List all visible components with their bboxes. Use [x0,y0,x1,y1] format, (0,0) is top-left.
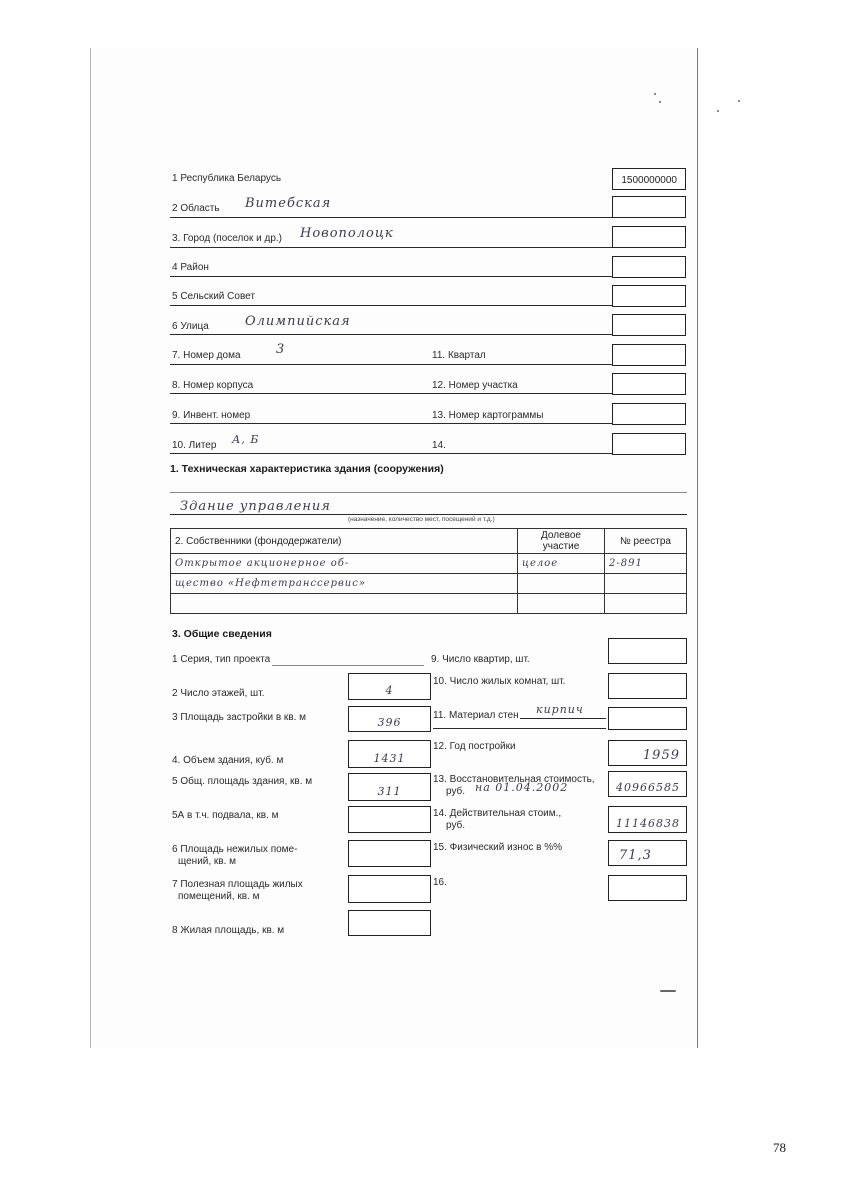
label-14: 14. [432,440,446,451]
box-16[interactable] [608,875,687,901]
owner-share: целое [518,554,605,574]
header-owners: 2. Собственники (фондодержатели) [171,529,518,554]
underline [170,453,612,454]
label-series: 1 Серия, тип проекта [172,654,270,665]
code-box-street[interactable] [612,314,686,336]
scan-speck [654,93,656,95]
label-plot-number: 12. Номер участка [432,380,518,391]
label-year-built: 12. Год постройки [433,741,516,752]
owner-name [171,594,518,614]
floors-value: 4 [349,684,430,697]
label-volume: 4. Объем здания, куб. м [172,755,283,766]
underline [170,393,612,394]
label-floors: 2 Число этажей, шт. [172,688,264,699]
label-republic: 1 Республика Беларусь [172,173,281,184]
total-area-box[interactable]: 311 [348,773,431,801]
code-box-region[interactable] [612,196,686,218]
underline [170,247,612,248]
owner-registry [605,594,687,614]
label-nonresidential-area: 6 Площадь нежилых поме- [172,844,297,855]
region-value: Витебская [245,196,331,211]
rooms-box[interactable] [608,673,687,699]
label-house-number: 7. Номер дома [172,350,241,361]
owner-name: Открытое акционерное об- [171,554,518,574]
underline [170,276,612,277]
owners-table: 2. Собственники (фондодержатели) Долевое… [170,528,687,614]
letter-value: А, Б [232,433,259,446]
year-built-box[interactable]: 1959 [608,740,687,766]
underline [170,423,612,424]
year-built-value: 1959 [643,748,680,763]
underline [170,492,687,493]
scan-speck [660,990,676,992]
label-apartments: 9. Число квартир, шт. [431,654,530,665]
scan-edge-right [697,48,698,1048]
scan-speck [738,100,740,102]
page-number: 78 [773,1140,786,1156]
underline [170,364,612,365]
label-district: 4 Район [172,262,209,273]
label-rooms: 10. Число жилых комнат, шт. [433,676,565,687]
label-useful-area-2: помещений, кв. м [178,891,259,902]
owner-name: щество «Нефтетранссервис» [171,574,518,594]
replacement-cost-box[interactable]: 40966585 [608,771,687,797]
wear-value: 71,3 [619,848,652,863]
code-box-14[interactable] [612,433,686,455]
header-registry: № реестра [605,529,687,554]
owner-registry [605,574,687,594]
table-row: Открытое акционерное об- целое 2-891 [171,554,687,574]
scan-edge-left [90,48,91,1048]
underline [170,334,612,335]
actual-cost-box[interactable]: 11146838 [608,806,687,833]
actual-cost-value: 11146838 [616,817,680,830]
owners-header-row: 2. Собственники (фондодержатели) Долевое… [171,529,687,554]
total-area-value: 311 [349,785,430,798]
underline [170,305,612,306]
label-quarter: 11. Квартал [432,350,486,361]
basement-area-box[interactable] [348,806,431,833]
label-basement-area: 5А в т.ч. подвала, кв. м [172,810,279,821]
code-box-quarter[interactable] [612,344,686,366]
label-total-area: 5 Общ. площадь здания, кв. м [172,776,312,787]
purpose-hint: (назначение, количество мест, посещений … [348,516,495,523]
label-city: 3. Город (поселок и др.) [172,233,282,244]
code-box-city[interactable] [612,226,686,248]
underline [272,665,424,666]
label-16: 16. [433,877,447,888]
label-cartogram-number: 13. Номер картограммы [432,410,543,421]
built-area-value: 396 [349,716,430,729]
living-area-box[interactable] [348,910,431,936]
label-letter: 10. Литер [172,440,216,451]
label-building-number: 8. Номер корпуса [172,380,253,391]
wear-box[interactable]: 71,3 [608,840,687,866]
general-section-title: 3. Общие сведения [172,628,272,640]
label-village-council: 5 Сельский Совет [172,291,255,302]
label-street: 6 Улица [172,321,209,332]
scan-speck [717,110,719,112]
house-number-value: 3 [276,342,285,357]
label-wall-material: 11. Материал стен [433,710,519,721]
volume-box[interactable]: 1431 [348,740,431,768]
code-box-village-council[interactable] [612,285,686,307]
label-replacement-cost-2: руб. [446,786,465,797]
label-built-area: 3 Площадь застройки в кв. м [172,712,306,723]
street-value: Олимпийская [245,314,351,329]
built-area-box[interactable]: 396 [348,706,431,732]
header-share: Долевое участие [518,529,605,554]
replacement-cost-date: на 01.04.2002 [475,781,568,794]
wall-material-box[interactable] [608,707,687,730]
label-actual-cost-2: руб. [446,820,465,831]
floors-box[interactable]: 4 [348,673,431,700]
table-row [171,594,687,614]
code-box-republic[interactable]: 1500000000 [612,168,686,190]
tech-section-title: 1. Техническая характеристика здания (со… [170,463,444,475]
city-value: Новополоцк [300,226,394,241]
nonresidential-area-box[interactable] [348,840,431,867]
owner-share [518,574,605,594]
underline [520,718,606,719]
underline [433,728,606,729]
useful-area-box[interactable] [348,875,431,903]
replacement-cost-value: 40966585 [616,781,680,794]
code-box-plot[interactable] [612,373,686,395]
label-nonresidential-area-2: щений, кв. м [178,856,236,867]
apartments-box[interactable] [608,638,687,664]
owner-registry: 2-891 [605,554,687,574]
code-box-cartogram[interactable] [612,403,686,425]
code-box-district[interactable] [612,256,686,278]
table-row: щество «Нефтетранссервис» [171,574,687,594]
purpose-value: Здание управления [180,499,331,514]
volume-value: 1431 [349,752,430,765]
label-inventory-number: 9. Инвент. номер [172,410,250,421]
wall-material-value: кирпич [536,703,584,716]
label-actual-cost: 14. Действительная стоим., [433,808,561,819]
label-wear: 15. Физический износ в %% [433,842,562,853]
scan-speck [659,101,661,103]
owner-share [518,594,605,614]
label-useful-area: 7 Полезная площадь жилых [172,879,303,890]
label-living-area: 8 Жилая площадь, кв. м [172,925,284,936]
label-region: 2 Область [172,203,220,214]
underline [170,217,612,218]
republic-code: 1500000000 [621,175,677,186]
